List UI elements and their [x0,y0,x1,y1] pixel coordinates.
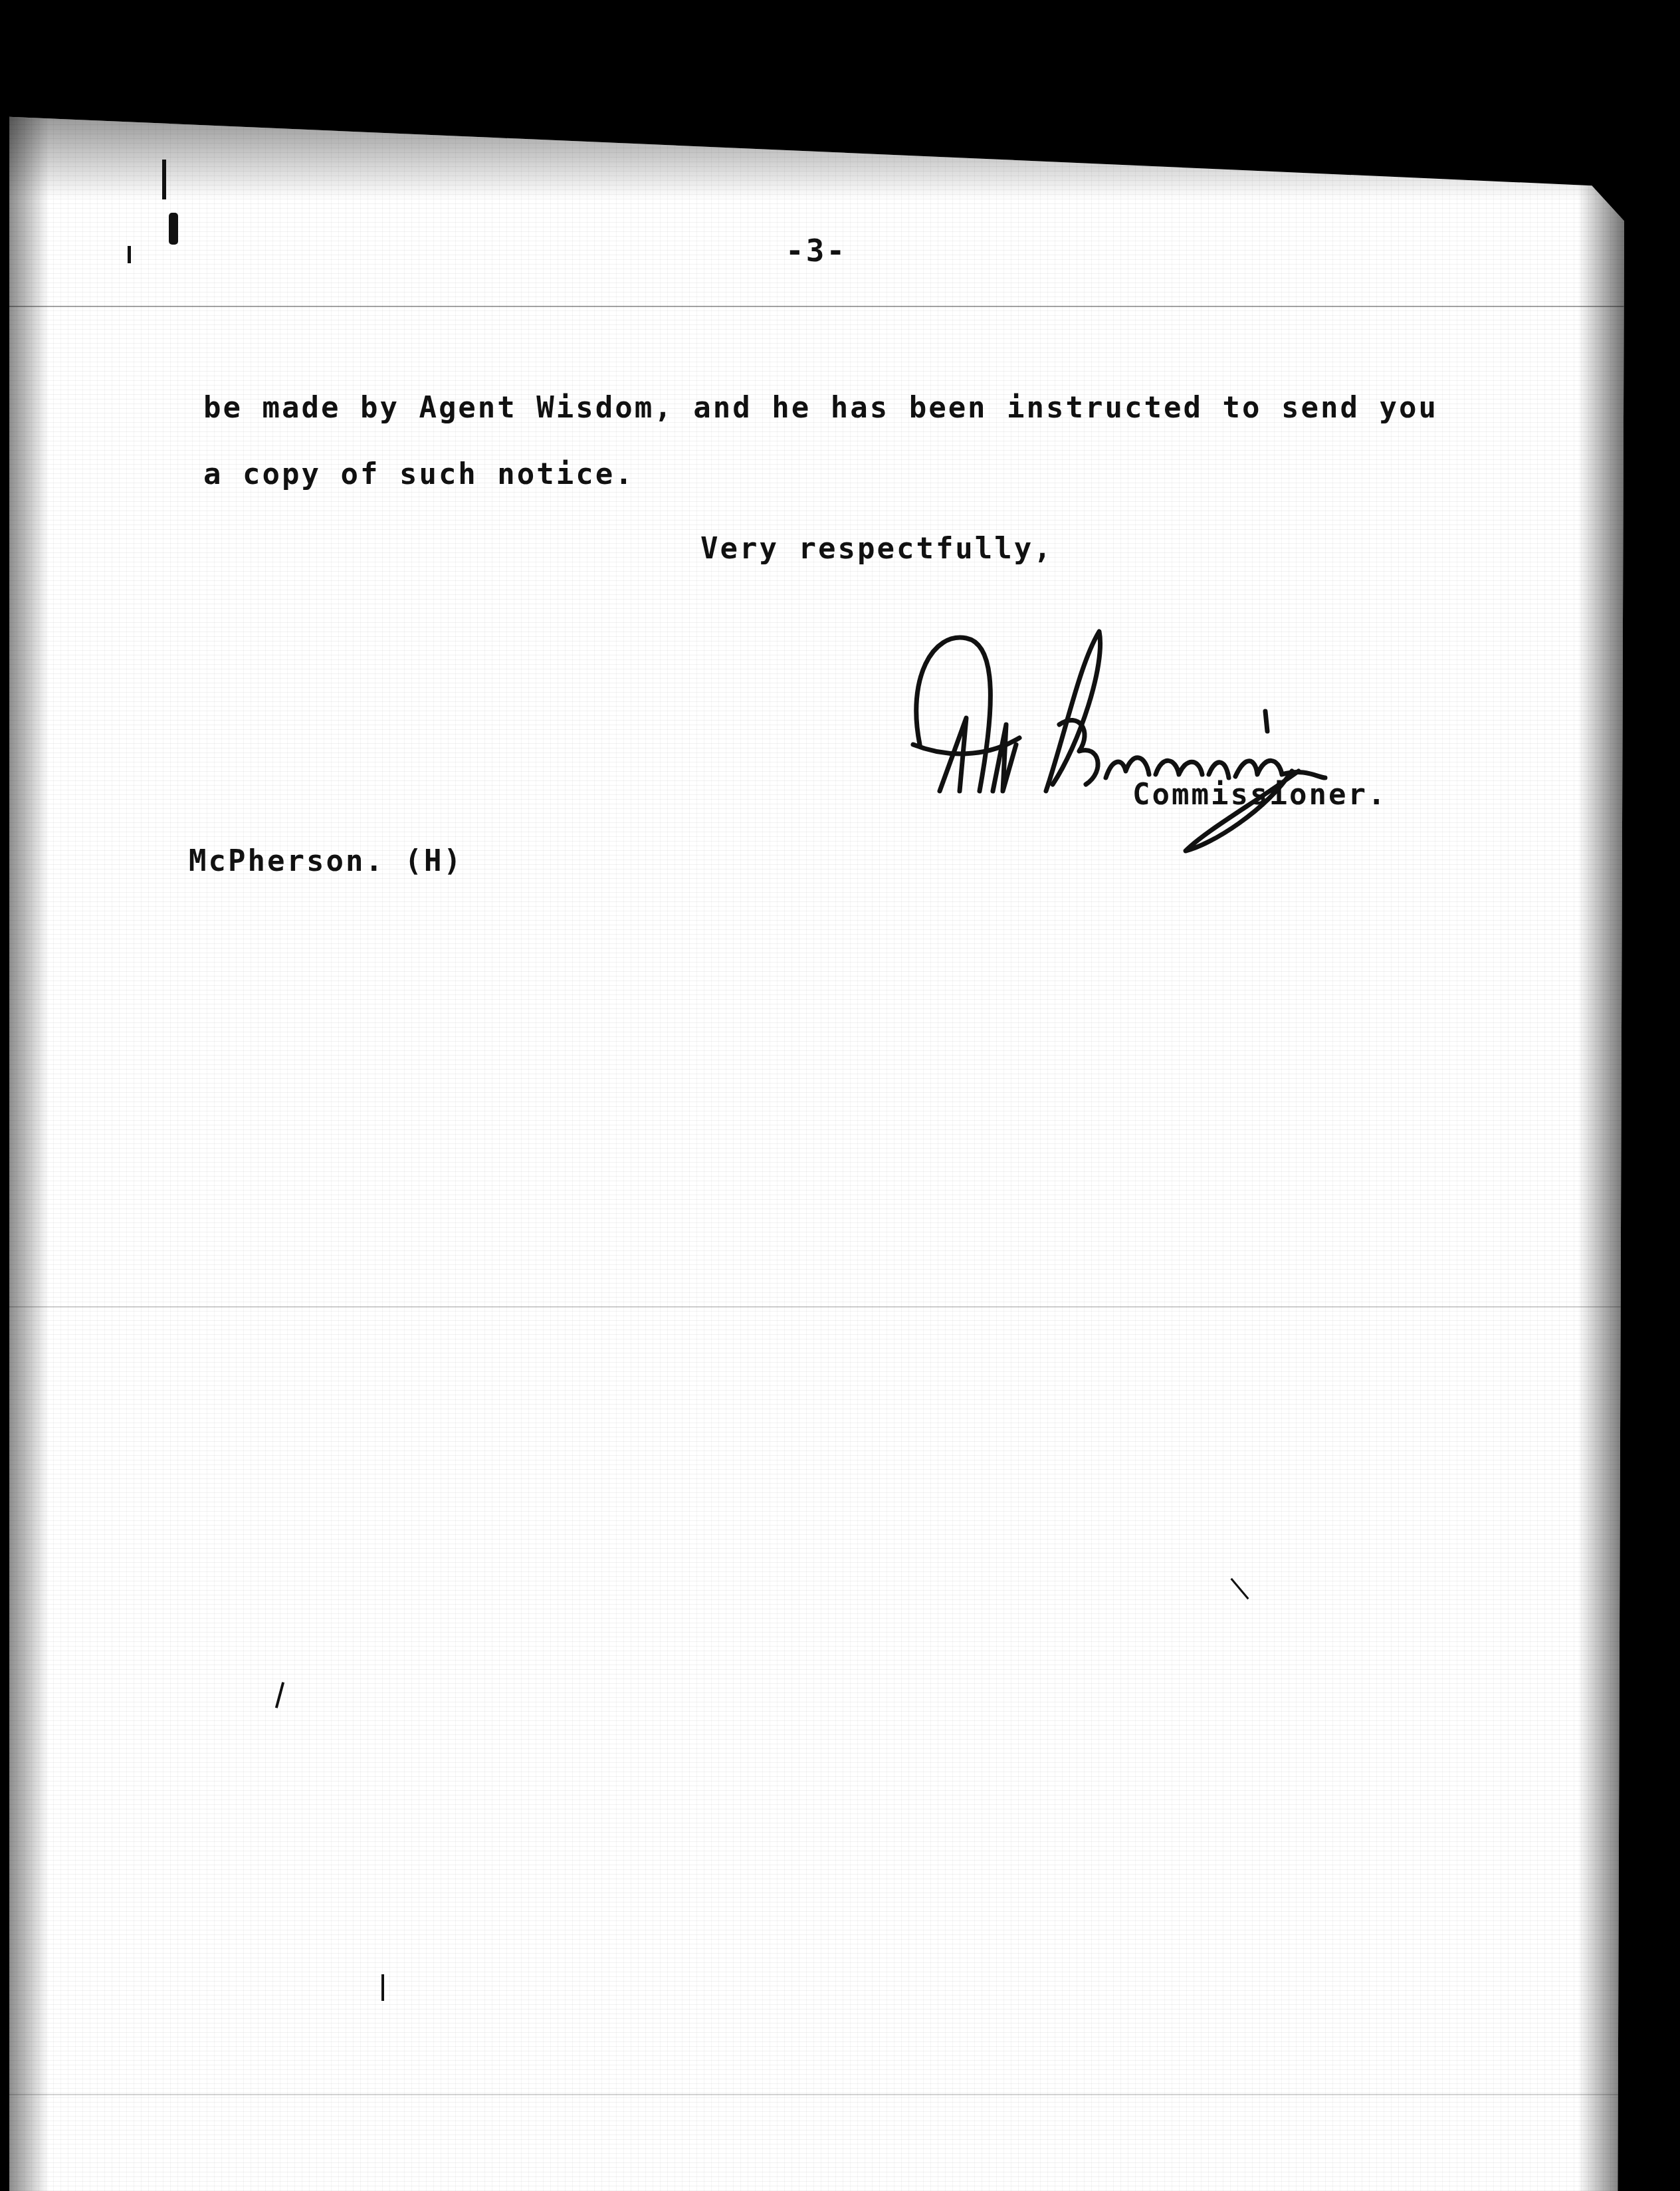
handwritten-signature [893,625,1358,858]
ink-speck [1230,1578,1249,1600]
page-shadow-left [9,106,49,2191]
ink-speck [128,246,131,263]
scan-line [9,306,1624,307]
scan-line [9,2094,1624,2095]
body-text-line: a copy of such notice. [203,457,635,491]
scan-line [9,1306,1624,1308]
page-shadow-top [9,106,1624,199]
signer-title: Commissioner. [1132,778,1387,812]
page-number: -3- [786,233,847,269]
ink-speck [381,1974,384,2001]
scanned-document: -3- be made by Agent Wisdom, and he has … [0,0,1680,2191]
closing-salutation: Very respectfully, [700,532,1053,566]
page-shadow-right [1578,106,1624,2191]
body-text-line: be made by Agent Wisdom, and he has been… [203,391,1438,425]
ink-speck [162,160,166,199]
ink-speck [275,1682,284,1708]
document-page: -3- be made by Agent Wisdom, and he has … [9,106,1624,2191]
typist-initials: McPherson. (H) [189,844,463,878]
ink-blot [169,213,178,245]
